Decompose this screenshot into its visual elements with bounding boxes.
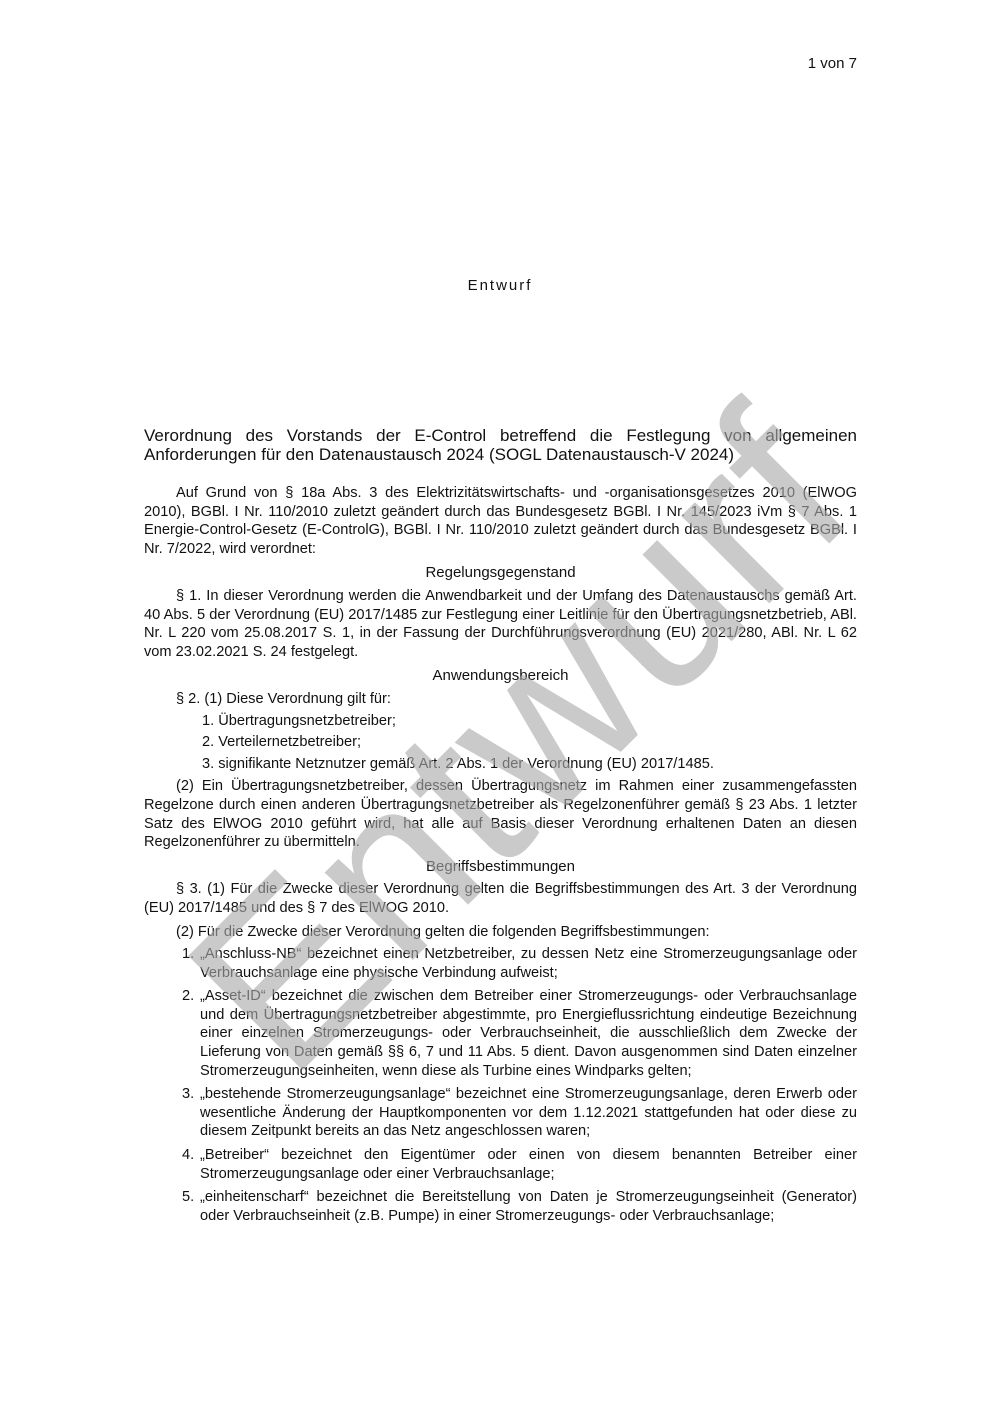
definition-number: 1.	[182, 945, 194, 964]
section-anwendungsbereich: Anwendungsbereich § 2. (1) Diese Verordn…	[144, 667, 857, 851]
section-begriffsbestimmungen: Begriffsbestimmungen § 3. (1) Für die Zw…	[144, 858, 857, 1226]
paragraph-3-2-intro: (2) Für die Zwecke dieser Verordnung gel…	[144, 923, 857, 942]
section-heading: Begriffsbestimmungen	[144, 858, 857, 877]
list-item: 3. signifikante Netznutzer gemäß Art. 2 …	[144, 755, 857, 774]
document-body: Verordnung des Vorstands der E-Control b…	[144, 426, 857, 1230]
definition-item: 1. „Anschluss-NB“ bezeichnet einen Netzb…	[144, 945, 857, 982]
definition-number: 4.	[182, 1146, 194, 1165]
definition-item: 5. „einheitenscharf“ bezeichnet die Bere…	[144, 1188, 857, 1225]
section-heading: Anwendungsbereich	[144, 667, 857, 686]
definition-number: 3.	[182, 1085, 194, 1104]
scope-list: 1. Übertragungsnetzbetreiber; 2. Verteil…	[144, 712, 857, 774]
section-regelungsgegenstand: Regelungsgegenstand § 1. In dieser Veror…	[144, 564, 857, 661]
definition-number: 2.	[182, 987, 194, 1006]
definition-text: „Betreiber“ bezeichnet den Eigentümer od…	[200, 1147, 857, 1182]
definition-text: „einheitenscharf“ bezeichnet die Bereits…	[200, 1189, 857, 1224]
section-heading: Regelungsgegenstand	[144, 564, 857, 583]
page-indicator: 1 von 7	[808, 55, 857, 72]
definition-text: „Asset-ID“ bezeichnet die zwischen dem B…	[200, 988, 857, 1078]
definitions-list: 1. „Anschluss-NB“ bezeichnet einen Netzb…	[144, 945, 857, 1225]
list-item: 2. Verteilernetzbetreiber;	[144, 733, 857, 752]
preamble: Auf Grund von § 18a Abs. 3 des Elektrizi…	[144, 484, 857, 558]
definition-number: 5.	[182, 1188, 194, 1207]
definition-item: 3. „bestehende Stromerzeugungsanlage“ be…	[144, 1085, 857, 1141]
paragraph-1: § 1. In dieser Verordnung werden die Anw…	[144, 587, 857, 661]
paragraph-2-intro: § 2. (1) Diese Verordnung gilt für:	[144, 690, 857, 709]
draft-label: Entwurf	[0, 277, 1000, 294]
list-item: 1. Übertragungsnetzbetreiber;	[144, 712, 857, 731]
definition-item: 4. „Betreiber“ bezeichnet den Eigentümer…	[144, 1146, 857, 1183]
paragraph-2-2: (2) Ein Übertragungsnetzbetreiber, desse…	[144, 777, 857, 851]
definition-text: „Anschluss-NB“ bezeichnet einen Netzbetr…	[200, 946, 857, 981]
definition-text: „bestehende Stromerzeugungsanlage“ bezei…	[200, 1086, 857, 1139]
paragraph-3-1: § 3. (1) Für die Zwecke dieser Verordnun…	[144, 880, 857, 917]
definition-item: 2. „Asset-ID“ bezeichnet die zwischen de…	[144, 987, 857, 1080]
document-title: Verordnung des Vorstands der E-Control b…	[144, 426, 857, 464]
